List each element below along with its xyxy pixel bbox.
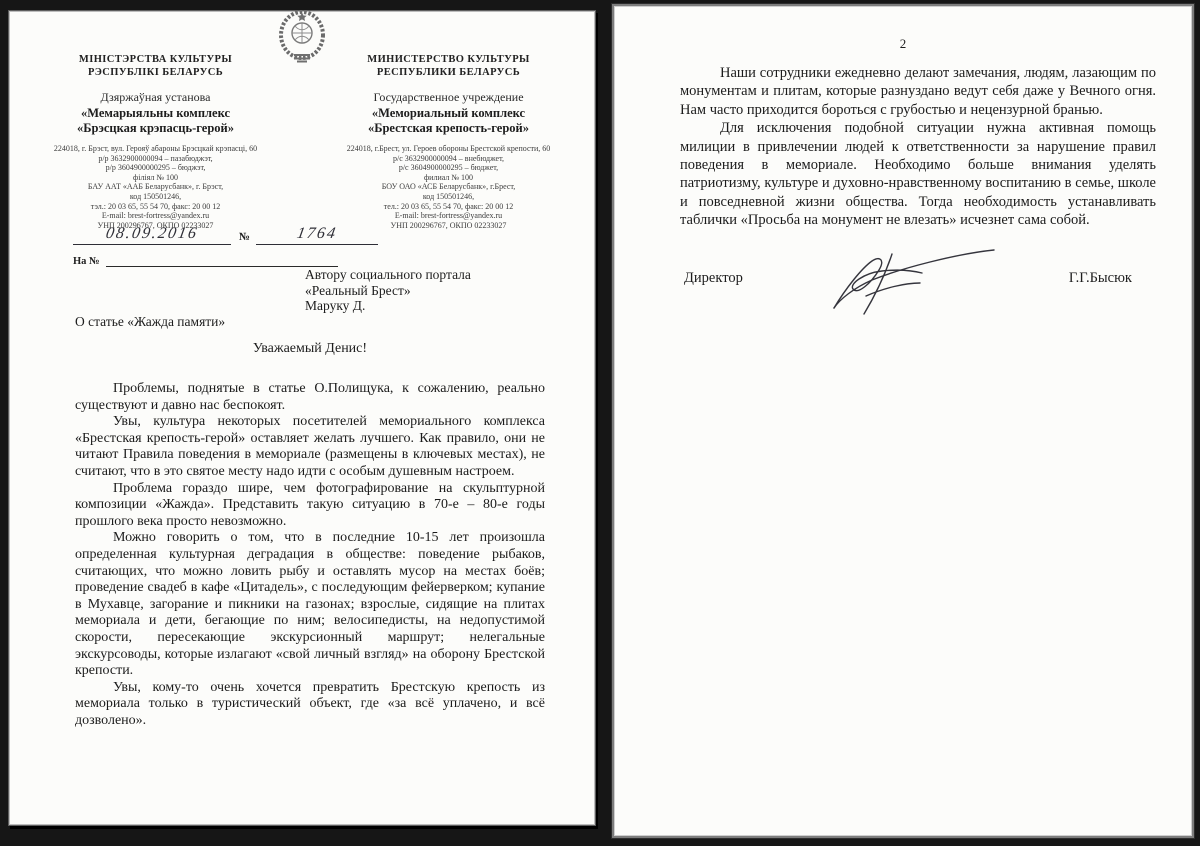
ministry-name-by: МІНІСТЭРСТВА КУЛЬТУРЫ РЭСПУБЛІКІ БЕЛАРУС… — [9, 53, 302, 79]
date-number-row: 08.09.2016 № 1764 — [73, 225, 413, 245]
letter-page-1: МІНІСТЭРСТВА КУЛЬТУРЫ РЭСПУБЛІКІ БЕЛАРУС… — [8, 10, 596, 826]
belarus-emblem-icon — [277, 9, 327, 70]
body-paragraph: Для исключения подобной ситуации нужна а… — [680, 119, 1156, 229]
reply-reference-row: На № — [73, 254, 413, 267]
salutation: Уважаемый Денис! — [75, 341, 545, 357]
addressee-block: Автору социального портала «Реальный Бре… — [305, 267, 471, 314]
letter-body: Уважаемый Денис! Проблемы, поднятые в ст… — [9, 341, 595, 729]
reference-block: 08.09.2016 № 1764 На № — [73, 225, 413, 267]
body-paragraph: Наши сотрудники ежедневно делают замечан… — [680, 64, 1156, 119]
director-signature — [806, 242, 1006, 325]
body-paragraph: Увы, культура некоторых посетителей мемо… — [75, 414, 545, 480]
outgoing-date-field: 08.09.2016 — [73, 225, 231, 245]
letterhead-belarusian-column: МІНІСТЭРСТВА КУЛЬТУРЫ РЭСПУБЛІКІ БЕЛАРУС… — [9, 53, 302, 230]
org-name-by: «Мемарыяльны комплекс «Брэсцкая крэпасць… — [9, 106, 302, 136]
outgoing-number-field: 1764 — [256, 225, 378, 245]
body-paragraph: Проблемы, поднятые в статье О.Полищука, … — [75, 381, 545, 414]
letterhead-russian-column: МИНИСТЕРСТВО КУЛЬТУРЫ РЕСПУБЛИКИ БЕЛАРУС… — [302, 53, 595, 230]
body-paragraph: Проблема гораздо шире, чем фотографирова… — [75, 481, 545, 531]
subject-line: О статье «Жажда памяти» — [75, 314, 225, 330]
signer-name: Г.Г.Бысюк — [1069, 256, 1132, 287]
ministry-name-ru: МИНИСТЕРСТВО КУЛЬТУРЫ РЕСПУБЛИКИ БЕЛАРУС… — [302, 53, 595, 79]
body-paragraph: Увы, кому-то очень хочется превратить Бр… — [75, 680, 545, 730]
org-type-ru: Государственное учреждение — [302, 90, 595, 105]
reply-ref-label: На № — [73, 256, 100, 267]
signature-block: Директор Г.Г.Бысюк — [614, 230, 1192, 325]
number-sign-label: № — [239, 231, 250, 243]
org-address-ru: 224018, г.Брест, ул. Героев обороны Брес… — [302, 144, 595, 230]
handwritten-date: 08.09.2016 — [104, 225, 199, 243]
org-name-ru: «Мемориальный комплекс «Брестская крепос… — [302, 106, 595, 136]
reply-ref-blank-line — [106, 254, 338, 267]
body-paragraph: Можно говорить о том, что в последние 10… — [75, 530, 545, 679]
letter-page-2: 2 Наши сотрудники ежедневно делают замеч… — [612, 4, 1194, 838]
handwritten-number: 1764 — [295, 225, 338, 243]
signer-title: Директор — [684, 256, 743, 287]
org-address-by: 224018, г. Брэст, вул. Герояў абароны Бр… — [9, 144, 302, 230]
page-number: 2 — [614, 6, 1192, 52]
letter-body-page2: Наши сотрудники ежедневно делают замечан… — [614, 52, 1192, 230]
org-type-by: Дзяржаўная установа — [9, 90, 302, 105]
scanned-letter: { "page1": { "letterhead": { "left": { "… — [0, 0, 1200, 846]
